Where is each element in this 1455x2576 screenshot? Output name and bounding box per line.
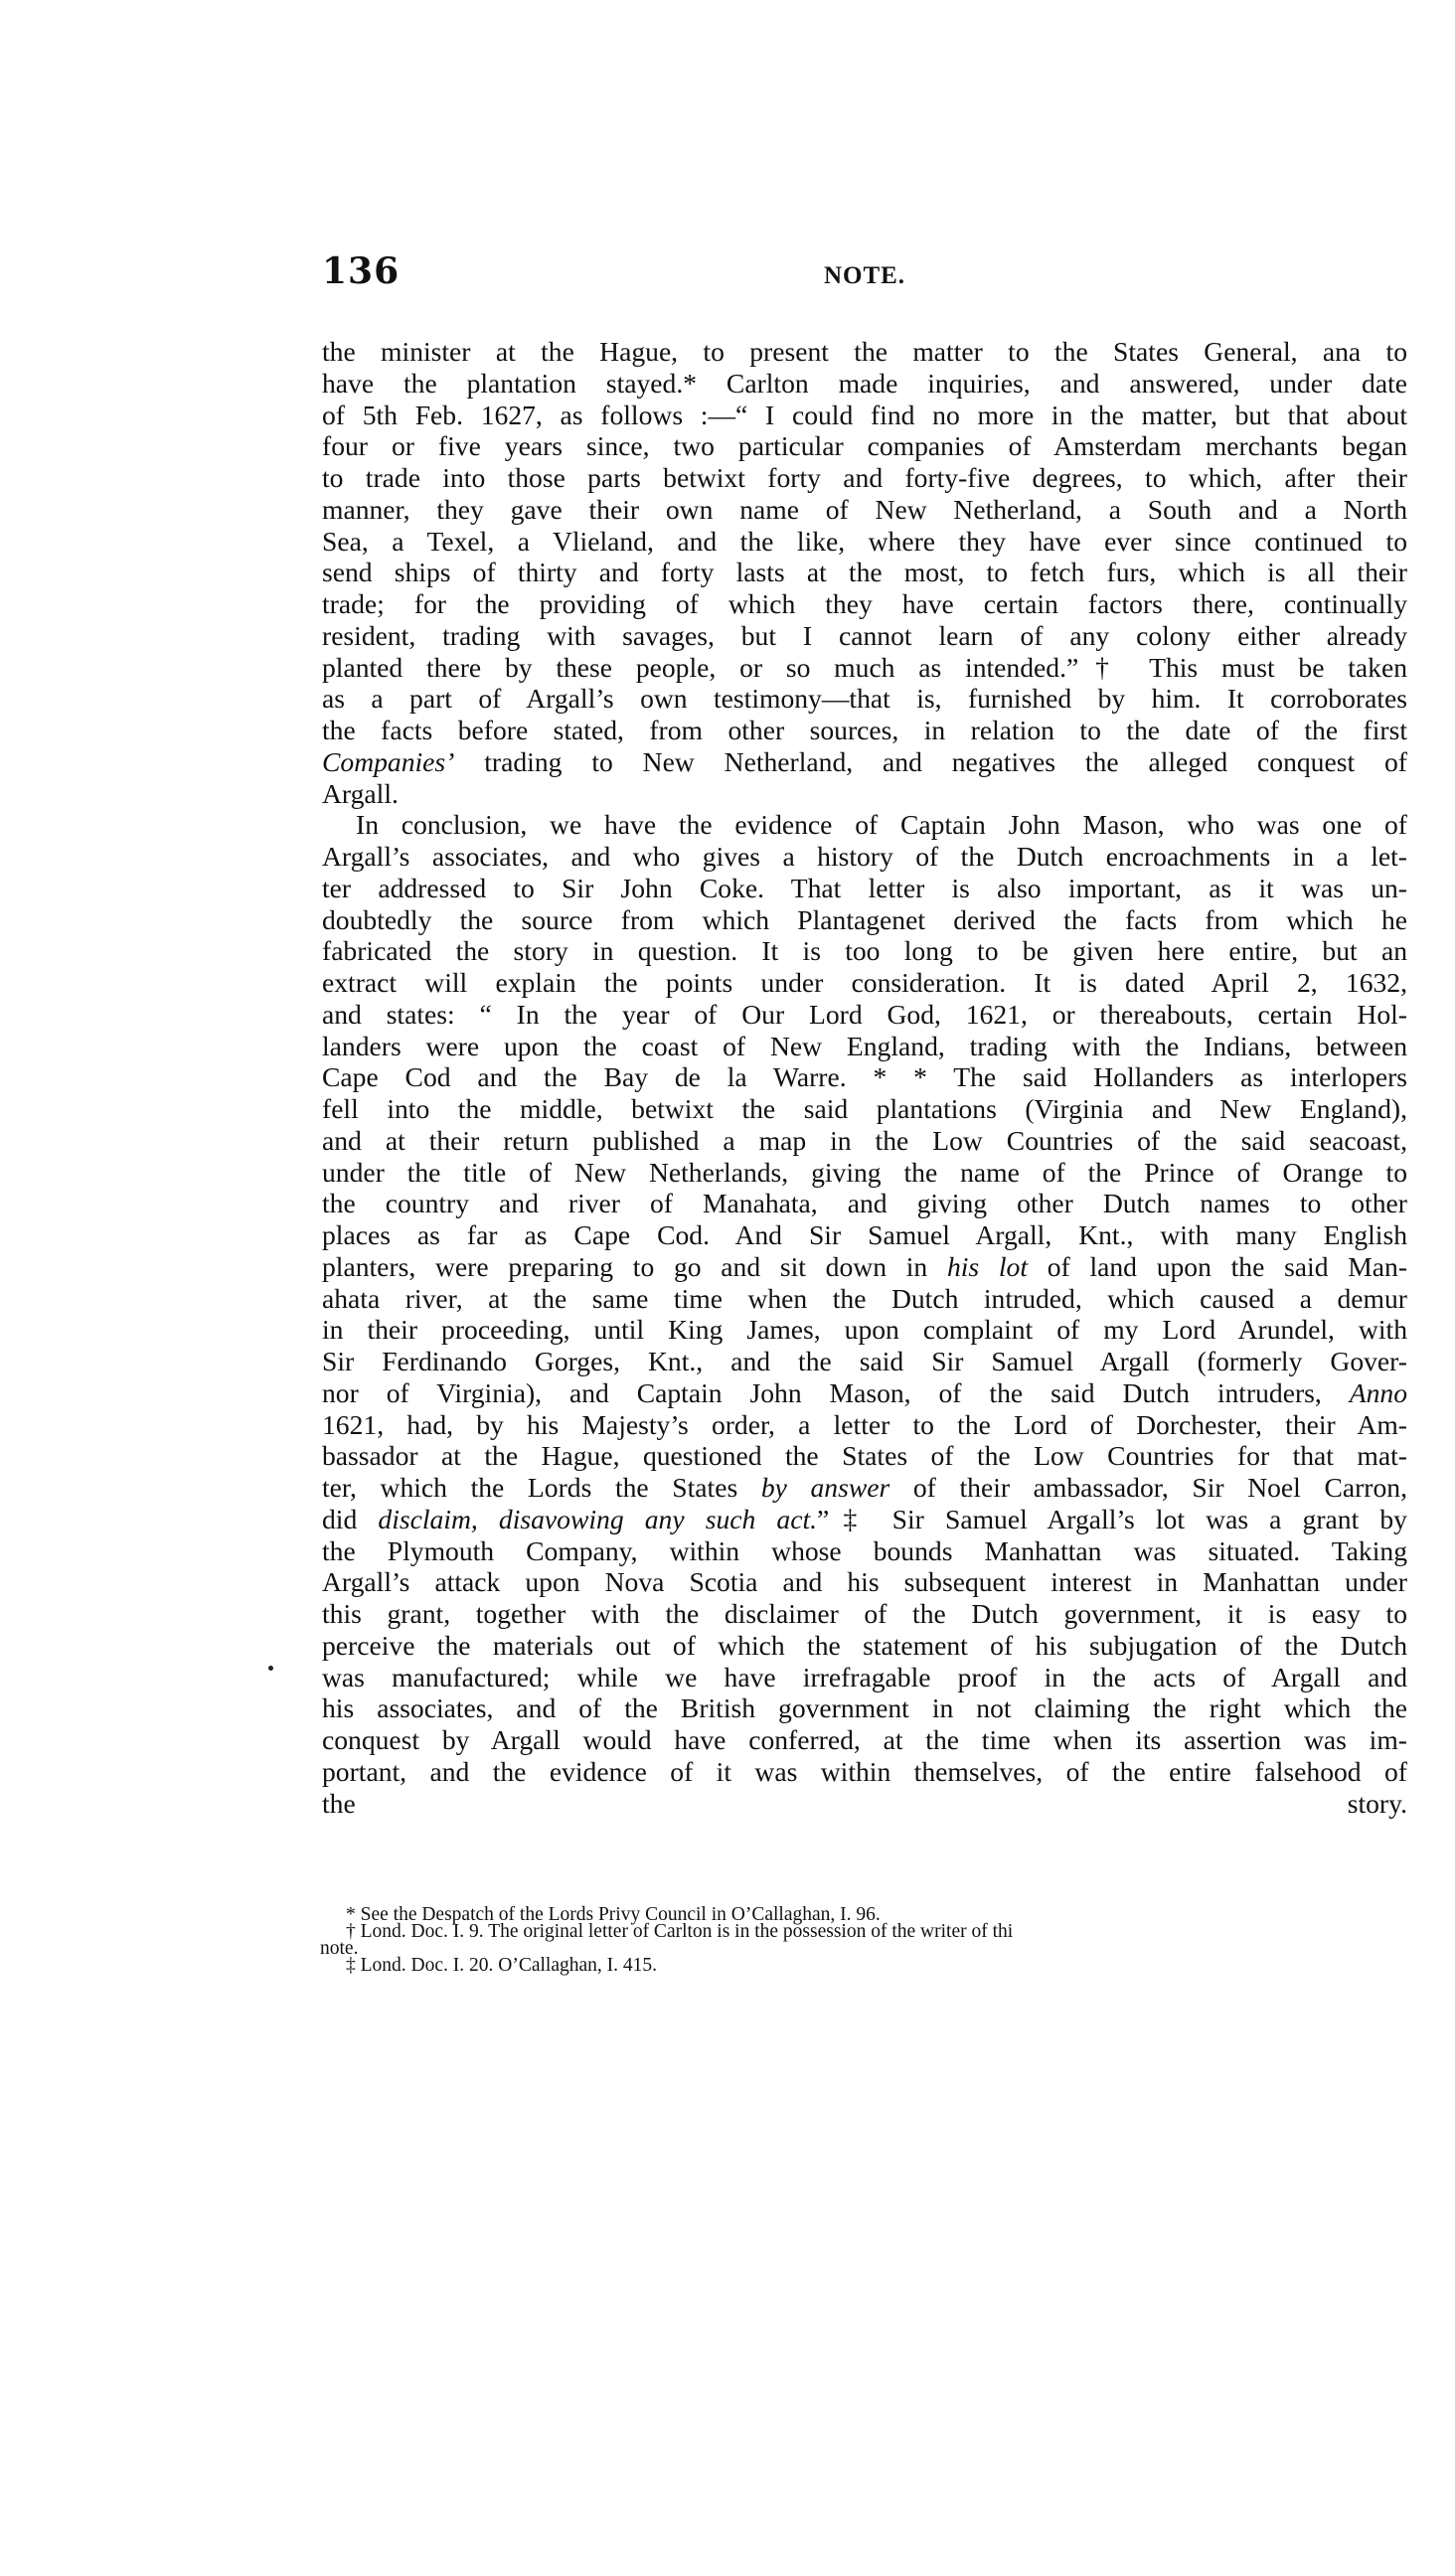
text-line: the Plymouth Company, within whose bound… bbox=[322, 1535, 1407, 1567]
text-line: manner, they gave their own name of New … bbox=[322, 494, 1407, 526]
text-line: in their proceeding, until King James, u… bbox=[322, 1314, 1407, 1346]
text-line: 1621, had, by his Majesty’s order, a let… bbox=[322, 1409, 1407, 1441]
text-line: doubtedly the source from which Plantage… bbox=[322, 904, 1407, 936]
text-line: the story. bbox=[322, 1788, 1407, 1820]
page-header: 136 NOTE. bbox=[322, 250, 1407, 298]
text-line: Companies’ trading to New Netherland, an… bbox=[322, 746, 1407, 778]
margin-speck bbox=[268, 1666, 273, 1671]
running-head: NOTE. bbox=[322, 262, 1407, 290]
text-line: resident, trading with savages, but I ca… bbox=[322, 620, 1407, 652]
text-line: ter addressed to Sir John Coke. That let… bbox=[322, 873, 1407, 904]
text-line: Argall’s associates, and who gives a his… bbox=[322, 841, 1407, 873]
text-line: trade; for the providing of which they h… bbox=[322, 588, 1407, 620]
text-line: Cape Cod and the Bay de la Warre. * * Th… bbox=[322, 1061, 1407, 1093]
text-line: under the title of New Netherlands, givi… bbox=[322, 1157, 1407, 1189]
text-line: was manufactured; while we have irrefrag… bbox=[322, 1662, 1407, 1693]
text-line: Argall. bbox=[322, 778, 1407, 810]
text-line: the country and river of Manahata, and g… bbox=[322, 1188, 1407, 1219]
text-line: planters, were preparing to go and sit d… bbox=[322, 1251, 1407, 1283]
text-line: landers were upon the coast of New Engla… bbox=[322, 1031, 1407, 1062]
text-line: his associates, and of the British gover… bbox=[322, 1692, 1407, 1724]
text-line: did disclaim, disavowing any such act.”‡… bbox=[322, 1504, 1407, 1535]
text-line: portant, and the evidence of it was with… bbox=[322, 1756, 1407, 1788]
text-line: this grant, together with the disclaimer… bbox=[322, 1598, 1407, 1630]
text-line: of 5th Feb. 1627, as follows :—“ I could… bbox=[322, 400, 1407, 431]
text-line: Sir Ferdinando Gorges, Knt., and the sai… bbox=[322, 1346, 1407, 1377]
text-line: places as far as Cape Cod. And Sir Samue… bbox=[322, 1219, 1407, 1251]
text-line: nor of Virginia), and Captain John Mason… bbox=[322, 1377, 1407, 1409]
footnote-dagger: † Lond. Doc. I. 9. The original letter o… bbox=[320, 1923, 1407, 1940]
text-line: the minister at the Hague, to present th… bbox=[322, 336, 1407, 368]
paragraph-start-line: In conclusion, we have the evidence of C… bbox=[322, 809, 1407, 841]
text-line: as a part of Argall’s own testimony—that… bbox=[322, 683, 1407, 715]
text-line: planted there by these people, or so muc… bbox=[322, 652, 1407, 684]
text-line: the facts before stated, from other sour… bbox=[322, 715, 1407, 746]
text-line: perceive the materials out of which the … bbox=[322, 1630, 1407, 1662]
text-line: bassador at the Hague, questioned the St… bbox=[322, 1440, 1407, 1472]
text-line: and at their return published a map in t… bbox=[322, 1125, 1407, 1157]
text-line bbox=[322, 1819, 1407, 1851]
text-line: Sea, a Texel, a Vlieland, and the like, … bbox=[322, 526, 1407, 558]
text-line: fabricated the story in question. It is … bbox=[322, 935, 1407, 967]
text-line: fell into the middle, betwixt the said p… bbox=[322, 1093, 1407, 1125]
text-line: ter, which the Lords the States by answe… bbox=[322, 1472, 1407, 1504]
footnote-double-dagger: ‡ Lond. Doc. I. 20. O’Callaghan, I. 415. bbox=[320, 1957, 1407, 1974]
text-line: four or five years since, two particular… bbox=[322, 430, 1407, 462]
text-line: send ships of thirty and forty lasts at … bbox=[322, 557, 1407, 588]
body-text: the minister at the Hague, to present th… bbox=[322, 336, 1407, 1851]
text-line: Argall’s attack upon Nova Scotia and his… bbox=[322, 1566, 1407, 1598]
text-line: and states: “ In the year of Our Lord Go… bbox=[322, 999, 1407, 1031]
text-line: conquest by Argall would have conferred,… bbox=[322, 1724, 1407, 1756]
text-line: have the plantation stayed.* Carlton mad… bbox=[322, 368, 1407, 400]
book-page: 136 NOTE. the minister at the Hague, to … bbox=[0, 0, 1455, 2576]
text-line: to trade into those parts betwixt forty … bbox=[322, 462, 1407, 494]
footnotes: * See the Despatch of the Lords Privy Co… bbox=[320, 1906, 1407, 1974]
text-line: ahata river, at the same time when the D… bbox=[322, 1283, 1407, 1315]
text-line: extract will explain the points under co… bbox=[322, 967, 1407, 999]
